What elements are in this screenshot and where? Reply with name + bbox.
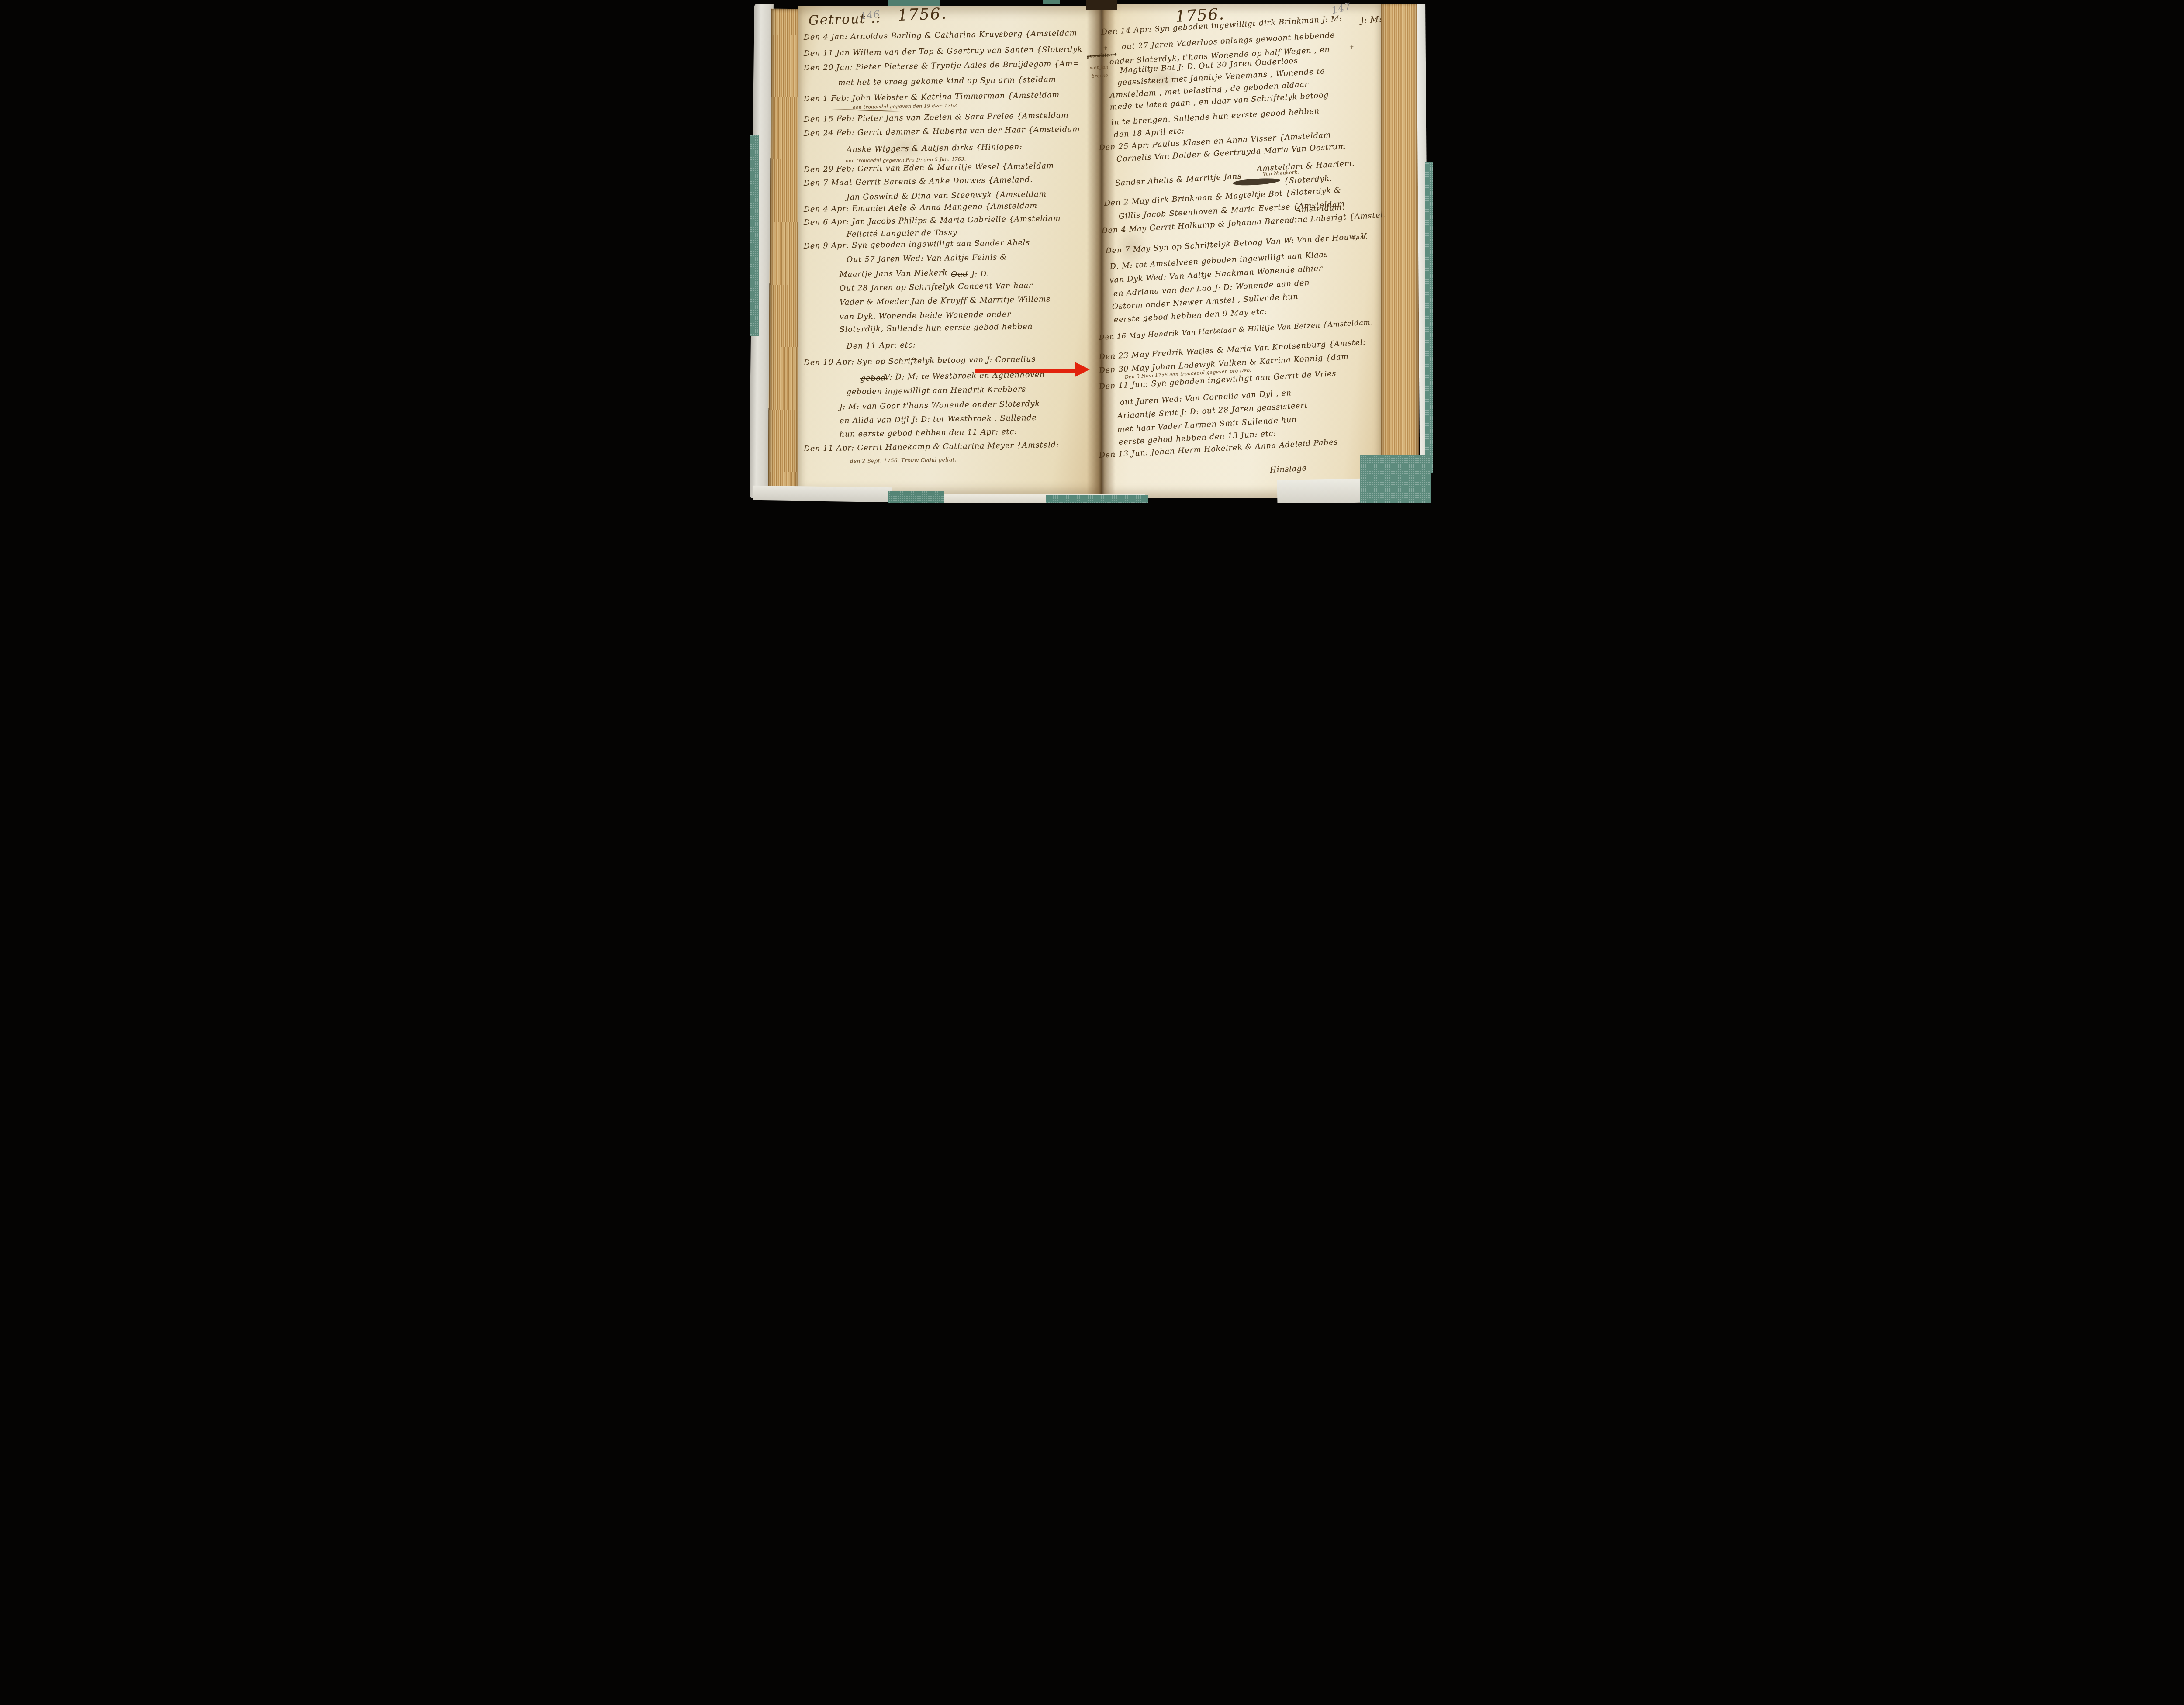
manuscript-line: broese (1091, 73, 1108, 79)
annotation-arrow-shaft (975, 369, 1075, 373)
manuscript-line: Sander Abells & Marritje Jans (1115, 172, 1242, 188)
manuscript-line: den 18 April etc: (1114, 127, 1185, 139)
manuscript-line: + (1349, 44, 1355, 51)
book-scan: Getrout .: 146 1756. 1756. 147 J: M: Den… (750, 0, 1434, 503)
manuscript-line: met Jan (1089, 64, 1109, 70)
manuscript-line: Den 7 May Syn op Schriftelyk Betoog Van … (1105, 232, 1368, 255)
right-page-text: Den 14 Apr: Syn geboden ingewilligt dirk… (750, 0, 1434, 503)
annotation-arrow-head (1075, 362, 1090, 377)
manuscript-line: + (1102, 44, 1108, 52)
manuscript-line: Hinslage (1269, 464, 1307, 475)
manuscript-line: {Sloterdyk. (1283, 174, 1332, 186)
